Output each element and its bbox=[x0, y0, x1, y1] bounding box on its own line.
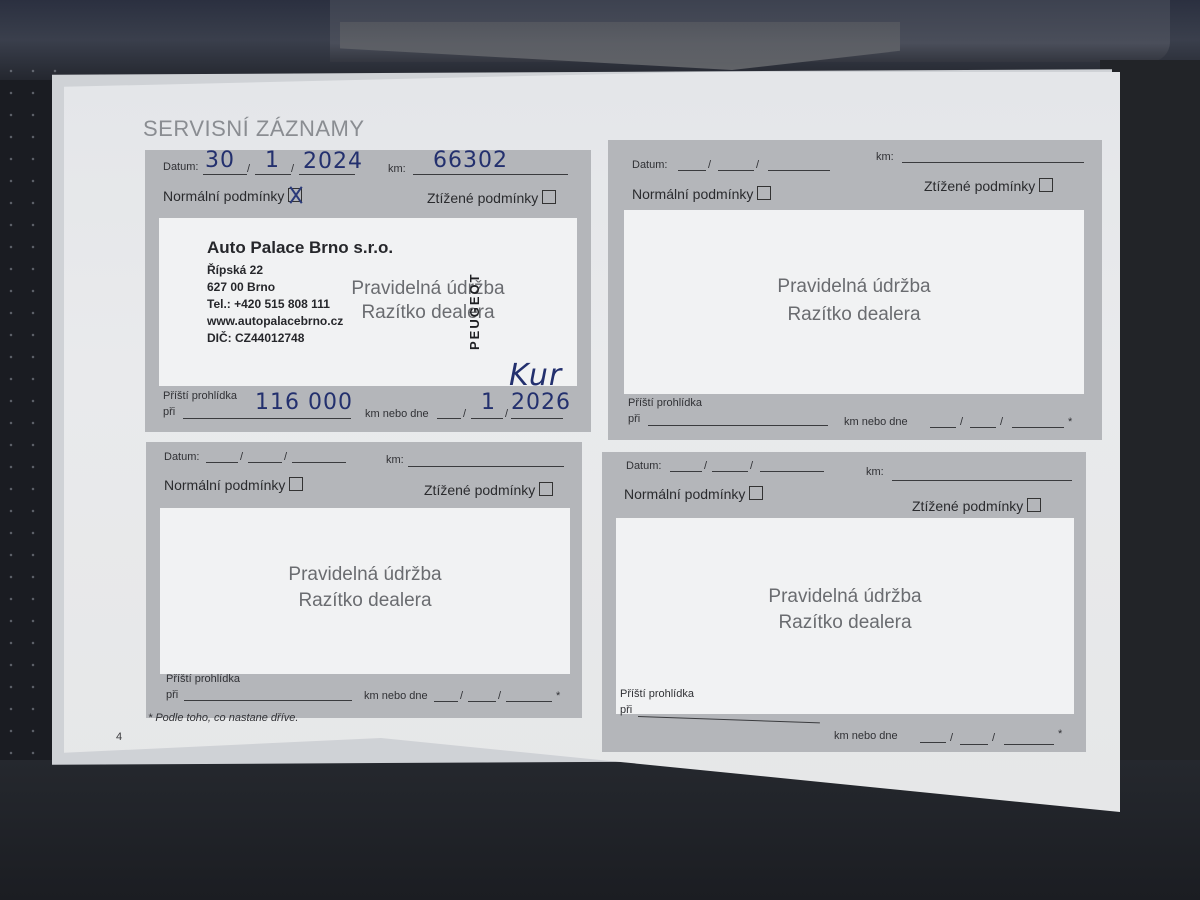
peugeot-brand-mark: PEUGEOT bbox=[467, 272, 482, 350]
date-month-field[interactable] bbox=[718, 170, 754, 171]
dealer-name: Auto Palace Brno s.r.o. bbox=[207, 238, 393, 258]
dealer-stamp-area: Pravidelná údržba Razítko dealera bbox=[624, 210, 1084, 394]
date-day-field[interactable] bbox=[678, 170, 706, 171]
dealer-city: 627 00 Brno bbox=[207, 279, 393, 296]
normal-conditions-checkbox[interactable] bbox=[749, 486, 763, 500]
km-field[interactable] bbox=[902, 162, 1084, 163]
next-year-value: 2026 bbox=[511, 390, 571, 415]
date-day-value: 30 bbox=[205, 148, 235, 173]
date-label: Datum: bbox=[163, 161, 198, 173]
service-record-4: Datum: / / km: Normální podmínky Ztížené… bbox=[602, 452, 1086, 752]
date-year-value: 2024 bbox=[303, 149, 363, 174]
km-label: km: bbox=[388, 163, 406, 175]
next-inspection-label: Příští prohlídka bbox=[163, 390, 237, 402]
next-km-field[interactable] bbox=[648, 425, 828, 426]
dealer-stamp-area: Pravidelná údržba Razítko dealera bbox=[160, 508, 570, 674]
hard-conditions-checkbox[interactable] bbox=[539, 482, 553, 496]
page-number: 4 bbox=[116, 731, 122, 743]
dealer-stamp: Auto Palace Brno s.r.o. Řípská 22 627 00… bbox=[207, 238, 393, 347]
service-record-3: Datum: / / km: Normální podmínky Ztížené… bbox=[146, 442, 582, 718]
dealer-phone: Tel.: +420 515 808 111 bbox=[207, 296, 393, 313]
next-km-value: 116 000 bbox=[255, 390, 353, 415]
hard-conditions: Ztížené podmínky bbox=[427, 190, 556, 206]
hard-conditions-checkbox[interactable] bbox=[542, 190, 556, 204]
perforated-leather bbox=[0, 60, 60, 760]
footnote: * Podle toho, co nastane dříve. bbox=[148, 712, 298, 724]
normal-conditions-checkbox[interactable] bbox=[289, 477, 303, 491]
dealer-stamp-area: Pravidelná údržba Razítko dealera Auto P… bbox=[159, 218, 577, 386]
signature: Kur bbox=[509, 358, 562, 393]
hard-conditions-checkbox[interactable] bbox=[1027, 498, 1041, 512]
dealer-vat: DIČ: CZ44012748 bbox=[207, 330, 393, 347]
normal-conditions: Normální podmínky bbox=[163, 188, 302, 204]
next-month-value: 1 bbox=[481, 390, 496, 415]
date-year-field[interactable] bbox=[768, 170, 830, 171]
hard-conditions-checkbox[interactable] bbox=[1039, 178, 1053, 192]
service-record-2: Datum: / / km: Normální podmínky Ztížené… bbox=[608, 140, 1102, 440]
km-value: 66302 bbox=[433, 148, 508, 173]
normal-conditions-checkbox[interactable] bbox=[288, 188, 302, 202]
dealer-stamp-area: Pravidelná údržba Razítko dealera bbox=[616, 518, 1074, 714]
page-title: SERVISNÍ ZÁZNAMY bbox=[143, 116, 365, 142]
dealer-street: Řípská 22 bbox=[207, 262, 393, 279]
dealer-web: www.autopalacebrno.cz bbox=[207, 313, 393, 330]
date-month-value: 1 bbox=[265, 148, 280, 173]
service-record-1: Datum: 30 / 1 / 2024 km: 66302 Normální … bbox=[145, 150, 591, 432]
normal-conditions-checkbox[interactable] bbox=[757, 186, 771, 200]
